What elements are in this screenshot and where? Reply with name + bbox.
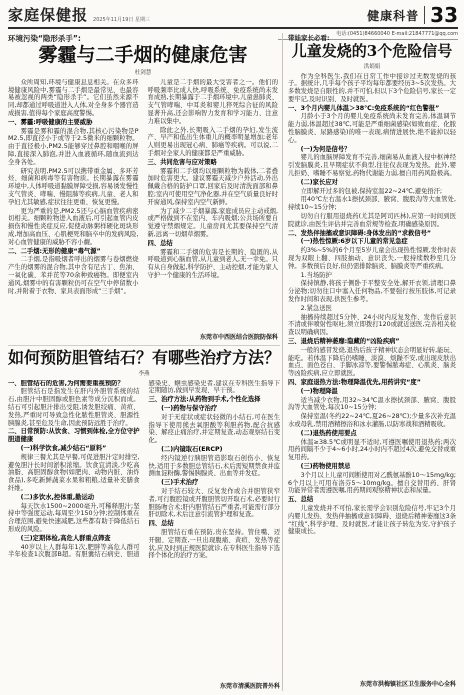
paragraph: 切勿自行服用退烧药(尤其是阿司匹林),应第一时间到医院就诊,由医生评估并完善血常… [288,213,456,229]
sub-subheading: (二)退热药使用要点 [288,430,456,438]
article-smog-author: 杜剑慧 [8,68,278,76]
paragraph: 保持镇静,将孩子侧卧于平整安全处,解开衣领,清理口鼻分泌物;切勿往口中塞入任何物… [288,280,456,303]
paragraph: 雾霾和二手烟的危害是长期的、隐匿的,从呼吸道到心脑血管,从儿童到老人,无一幸免。… [148,249,279,280]
subheading: 四、总结 [148,240,279,248]
article-fever: 带娃家长必看: 儿童发烧的3个危险信号 洪娟娟 作为全科医生,我们在日常工作中接… [288,33,456,691]
paragraph: 为了减少二手烟暴露,家庭成员应主动戒烟,或严格做到不在室内、车内吸烟;公共场所要… [148,208,279,239]
article-fever-body: 作为全科医生,我们在日常工作中接诊过无数发烧的孩子。据统计,几乎每个孩子平均每年… [288,73,456,655]
issue-date: 2025年11月19日 星期三 [93,16,150,25]
article-smog: 环境污染“隐形杀手”: 雾霾与二手烟的健康危害 杜剑慧 众所周知,环境与健康息息… [8,33,278,342]
paragraph: 2.紧急送医 [288,305,456,313]
paragraph: 作为全科医生,我们在日常工作中接诊过无数发烧的孩子。据统计,几乎每个孩子平均每年… [288,73,456,104]
paragraph: 3个月以上儿童可间断使用对乙酰氨基酚10～15mg/kg;6个月以上可用布洛芬5… [288,472,456,495]
article-gallstone-title: 如何预防胆管结石？有哪些治疗方法？ [8,349,280,367]
sub-subheading: (三)定期体检,高危人群重点筛查 [8,535,140,543]
paragraph: 立即解开过多的包被,保持室温22~24℃,避免捂汗; [288,188,456,196]
sub-subheading: (一)物理降温 [288,388,456,396]
sub-subheading: (二)家长应对 [288,179,456,187]
subheading: 四、总结 [149,520,281,528]
subheading: 二、日常预防:从饮食、习惯到体检,全方位守护胆道健康 [8,428,140,444]
sub-subheading: (二)内镜取石(ERCP) [149,446,281,454]
paragraph: 儿童发烧并不可怕,家长需学会识别危险信号,牢记3个月内婴儿发热、发热伴抽搐或意识… [288,505,456,536]
sub-subheading: (一)为何是信号？ [288,146,456,154]
subheading: 五、总结 [288,496,456,504]
article-smog-body: 众所周知,环境与健康息息相关。在众多环境健康风险中,雾霾与二手烟是最常见、也最容… [8,79,278,327]
paragraph: 二手烟,是指吸烟者呼出的烟雾与卷烟燃烧产生的烟雾的混合物,其中含有尼古丁、焦油、… [8,256,139,295]
article-gallstone: 如何预防胆管结石？有哪些治疗方法？ 李燕 一、胆管结石的危害,为何需要重视预防？… [8,345,280,691]
paragraph: 抽搐持续超过5分钟、24小时内反复发作、发作后意识不清或伴喷射性呕吐,须立即拨打… [288,314,456,337]
article-gallstone-attribution: 东莞市清溪医院普外科 [220,681,280,690]
subheading: 四、家庭退热方法:物理降温优先,用药讲究“度” [288,379,456,387]
article-smog-title: 雾霾与二手烟的健康危害 [8,45,278,66]
paragraph: 1.当场防护 [288,272,456,280]
paragraph: 对于结石较大、反复发作或合并胆管狭窄者,可行腹腔镜或开腹胆管切开取石术,必要时行… [149,488,281,519]
paragraph: 除此之外,长期吸入二手烟的孕妇,发生流产、早产和低出生体重儿的概率明显增加;老年… [148,127,279,158]
paragraph: 胆管结石重在预防,贵在坚持。管住嘴、迈开腿、定期查,一旦出现腹痛、黄疸、发热等症… [149,529,281,560]
paragraph: 规律三餐尤其是早餐,可促进胆汁定时排空,避免胆汁长时间淤积浓缩。饮食宜清淡,少吃… [8,454,140,493]
paragraph: 更为严重的是,PM2.5还与心脑血管疾病密切相关。细颗粒物进入血液后,可引起血管… [8,208,139,247]
sub-subheading: (三)药物使用禁忌 [288,463,456,471]
article-fever-author: 洪娟娟 [288,62,456,70]
paragraph: 月龄小于3个月的婴儿免疫系统尚未发育完善,体温调节能力弱,体温超过38℃,可能是… [288,113,456,144]
section-group: 健康科普 33 [367,5,458,25]
paragraph: 雾霾和二手烟均以细颗粒物为载体,二者叠加时危害更大。建议雾霾天减少户外活动,外出… [148,168,279,207]
subheading: 一、胆管结石的危害,为何需要重视预防？ [8,380,140,388]
paragraph: 胆管结石是指发生在肝内外胆管系统的结石,由胆汁中胆固醇或胆色素等成分沉积而成。结… [8,388,140,427]
paragraph: 体温≥38.5℃或明显不适时,可遵医嘱使用退热药;两次用药间隔不少于4~6小时,… [288,439,456,462]
paragraph: 每天饮水1500~2000毫升,可稀释胆汁;坚持中等强度运动,每周至少150分钟… [8,503,140,534]
article-fever-title: 儿童发烧的3个危险信号 [288,43,456,60]
paragraph: 儿童是二手烟的最大受害者之一。他们的呼吸频率比成人快,呼吸系统、免疫系统尚未发育… [148,79,279,126]
subheading: 三、治疗方法:从药物到手术,个性化选择 [149,396,281,404]
sub-subheading: (一)药物与保守治疗 [149,405,281,413]
paragraph: 约3%~5%的6个月至5岁儿童会出现热性惊厥,发作时表现为双眼上翻、四肢抽动、意… [288,247,456,270]
article-smog-kicker: 环境污染“隐形杀手”: [8,33,278,44]
section-title: 健康科普 [367,7,419,24]
subheading: 一、雾霾:呼吸健康的主要威胁 [8,119,139,127]
sub-subheading: (三)手术治疗 [149,479,281,487]
paragraph: 用40℃左右温水1擦拭颈部、腋窝、腹股沟等大血管处,持续10~15分钟; [288,196,456,212]
page-number: 33 [430,5,458,25]
paragraph: 保持室温(冬约22~24℃,夏26~28℃);少量多次补充温水或母乳,禁用酒精擦… [288,413,456,429]
article-smog-attribution: 东莞市中西医结合医院防保科 [200,332,278,341]
article-gallstone-body: 一、胆管结石的危害,为何需要重视预防？胆管结石是指发生在肝内外胆管系统的结石,由… [8,380,280,678]
subheading: 三、退烧后精神萎靡:隐藏的“凶险疾病” [288,338,456,346]
paragraph: 研究表明,PM2.5可以携带重金属、多环芳烃、细菌和病毒等有害物质。长期暴露在雾… [8,168,139,207]
newspaper-page: 家庭保健报 2025年11月19日 星期三 健康科普 33 电话:(0451)8… [0,0,464,695]
sub-subheading: (二)多饮水,控体重,勤运动 [8,494,140,502]
sub-subheading: (一)热性惊厥:6岁以下儿童的常见急症 [288,238,456,246]
paragraph: 对于无症状或症状轻微的小结石,可在医生指导下使用熊去氧胆酸等利胆药物,配合抗感染… [149,414,281,445]
section-divider [424,6,425,24]
paragraph: 经内镜逆行胰胆管造影取石创伤小、恢复快,适用于多数胆总管结石,术后需短期禁食并监… [149,455,281,478]
article-fever-kicker: 带娃家长必看: [288,33,456,42]
subheading: 三、共同危害与应对策略 [148,159,279,167]
subheading: 二、二手烟:无形的健康“毒气源” [8,248,139,256]
article-gallstone-author: 李燕 [8,369,280,377]
paragraph: 众所周知,环境与健康息息相关。在众多环境健康风险中,雾霾与二手烟是最常见、也最容… [8,79,139,118]
paragraph: 雾霾是雾和霾的混合物,其核心污染物是PM2.5,即直径小于或等于2.5微米的细颗… [8,128,139,167]
masthead-row: 家庭保健报 2025年11月19日 星期三 健康科普 33 [8,4,458,29]
masthead-group: 家庭保健报 2025年11月19日 星期三 [8,4,150,25]
column-divider [282,33,283,691]
subheading: 一、3个月内婴儿体温＞38℃:免疫系统的“红色警报” [288,105,456,113]
paragraph: 婴儿的血脑屏障发育不完善,细菌易从血液入侵中枢神经引发脑膜炎,且早期症状不典型,… [288,154,456,177]
article-fever-attribution: 东莞市洪梅镇社区卫生服务中心全科 [360,679,456,688]
paragraph: 一般的感冒发烧,退热后孩子精神状态会明显好转,能玩、能吃。若体温下降后仍嗜睡、淡… [288,347,456,378]
subheading: 二、发热伴抽搐或意识障碍:身体发出的“求救信号” [288,230,456,238]
paragraph: 适当减少衣物,用32~34℃温水擦拭颈部、腋窝、腹股沟等大血管处,每次10~15… [288,397,456,413]
sub-subheading: (一)科学饮食,减少结石“原料” [8,445,140,453]
masthead: 家庭保健报 [8,4,88,25]
